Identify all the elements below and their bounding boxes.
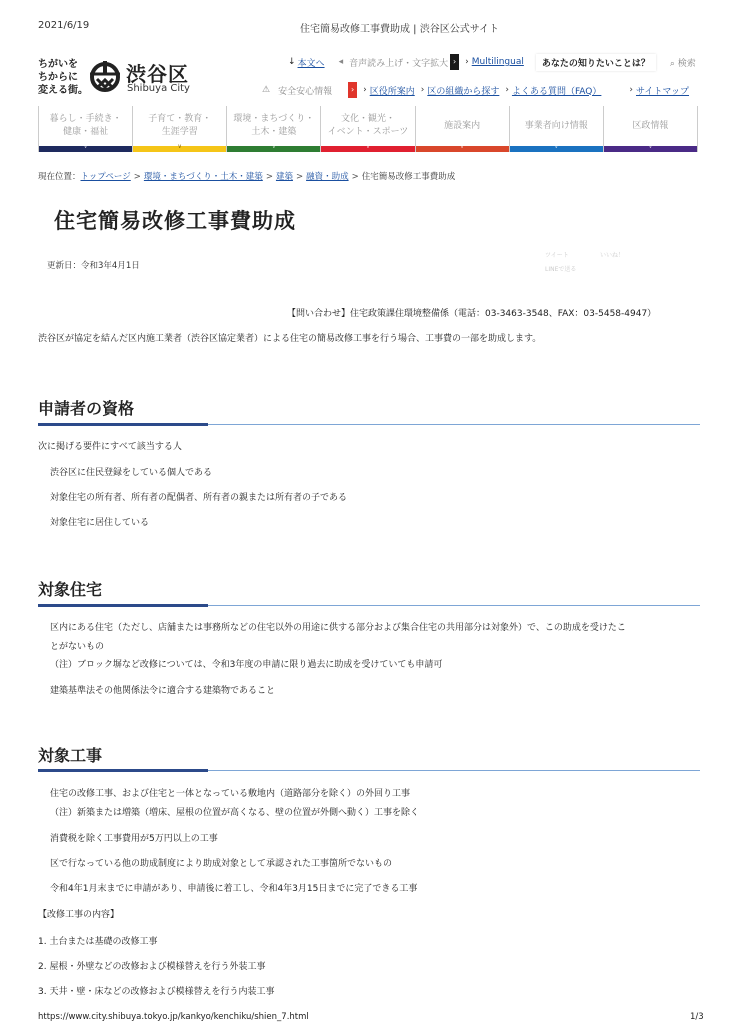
multilingual-link[interactable]: Multilingual: [472, 57, 524, 67]
sitemap-link[interactable]: サイトマップ: [636, 84, 689, 97]
line-share-button[interactable]: LINEで送る: [545, 264, 576, 273]
chevron-right-icon: ›: [465, 57, 469, 67]
speaker-icon: ◂: [339, 57, 344, 67]
city-office-link[interactable]: 区役所案内: [370, 84, 415, 97]
nav-color-bar: ∨: [39, 146, 132, 152]
utility-bar-top: ↓ 本文へ ◂ 音声読み上げ・文字拡大 › › Multilingual あなた…: [288, 53, 696, 71]
nav-color-bar: ∨: [321, 146, 414, 152]
nav-color-bar: ∨: [416, 146, 509, 152]
chevron-down-icon: ∨: [83, 140, 87, 153]
nav-item-environment[interactable]: 環境・まちづくり・ 土木・建築 ∨: [226, 106, 320, 152]
print-page-number: 1/3: [690, 1012, 704, 1022]
breadcrumb-link-top[interactable]: トップページ: [81, 172, 131, 182]
chevron-down-icon: ∨: [366, 140, 370, 153]
heading-rule: [38, 423, 700, 426]
chevron-down-icon: ∨: [648, 140, 652, 153]
safety-info-link[interactable]: 安全安心情報: [278, 84, 332, 97]
nav-color-bar: ∨: [604, 146, 697, 152]
skip-to-content-link[interactable]: 本文へ: [298, 56, 325, 69]
numbered-item: 1. 土台または基礎の改修工事: [38, 934, 157, 947]
speech-zoom-toggle[interactable]: ›: [450, 54, 459, 70]
faq-link[interactable]: よくある質問（FAQ）: [512, 84, 601, 97]
intro-text: 渋谷区が協定を結んだ区内施工業者（渋谷区協定業者）による住宅の簡易改修工事を行う…: [38, 331, 541, 344]
chevron-down-icon: ∨: [272, 140, 276, 153]
chevron-right-icon: ›: [363, 85, 367, 95]
section-heading-eligibility: 申請者の資格: [38, 396, 134, 419]
note-text: （注）ブロック塀など改修については、令和3年度の申請に限り過去に助成を受けていて…: [50, 657, 442, 670]
chevron-down-icon: ∨: [178, 140, 182, 153]
tweet-button[interactable]: ツイート: [545, 250, 569, 259]
list-item: 令和4年1月末までに申請があり、申請後に着工し、令和4年3月15日までに完了でき…: [50, 881, 417, 894]
speech-zoom-link[interactable]: 音声読み上げ・文字拡大: [349, 56, 448, 69]
arrow-down-icon: ↓: [288, 57, 296, 67]
list-item: 区で行なっている他の助成制度により助成対象として承認された工事箇所でないもの: [50, 856, 392, 869]
global-nav: 暮らし・手続き・ 健康・福祉 ∨ 子育て・教育・ 生涯学習 ∨ 環境・まちづくり…: [38, 106, 698, 152]
work-content-heading: 【改修工事の内容】: [38, 907, 119, 920]
heading-rule: [38, 604, 700, 607]
nav-color-bar: ∨: [510, 146, 603, 152]
breadcrumb: 現在位置：トップページ>環境・まちづくり・土木・建築>建築>融資・助成>住宅簡易…: [38, 170, 455, 182]
nav-item-childcare[interactable]: 子育て・教育・ 生涯学習 ∨: [132, 106, 226, 152]
chevron-right-icon: ›: [629, 85, 633, 95]
numbered-item: 2. 屋根・外壁などの改修および模様替えを行う外装工事: [38, 959, 265, 972]
print-date: 2021/6/19: [38, 20, 89, 31]
safety-info-toggle[interactable]: ›: [348, 82, 357, 98]
print-footer-url: https://www.city.shibuya.tokyo.jp/kankyo…: [38, 1012, 309, 1022]
list-item: 対象住宅に居住している: [50, 515, 149, 528]
logo-tagline: ちがいを ちからに 変える街。: [38, 58, 88, 97]
nav-item-government[interactable]: 区政情報 ∨: [603, 106, 698, 152]
like-button[interactable]: いいね！: [600, 250, 624, 259]
eligibility-lead: 次に掲げる要件にすべて該当する人: [38, 439, 182, 452]
nav-item-business[interactable]: 事業者向け情報 ∨: [509, 106, 603, 152]
list-item: 建築基準法その他関係法令に適合する建築物であること: [50, 683, 275, 696]
contact-info: 【問い合わせ】住宅政策課住環境整備係（電話：03-3463-3548、FAX：0…: [287, 306, 656, 319]
search-button[interactable]: ⌕ 検索: [670, 56, 696, 69]
list-item-continuation: とがないもの: [50, 639, 104, 652]
search-icon: ⌕: [670, 59, 675, 69]
chevron-down-icon: ∨: [460, 140, 464, 153]
breadcrumb-current: 住宅簡易改修工事費助成: [362, 172, 456, 182]
print-title: 住宅簡易改修工事費助成 | 渋谷区公式サイト: [300, 20, 499, 35]
org-search-link[interactable]: 区の組織から探す: [427, 84, 499, 97]
social-share: ツイート いいね！ LINEで送る: [545, 250, 675, 280]
chevron-down-icon: ∨: [554, 140, 558, 153]
chevron-right-icon: ›: [505, 85, 509, 95]
breadcrumb-link-architecture[interactable]: 建築: [276, 172, 293, 182]
updated-date: 更新日：令和3年4月1日: [47, 259, 140, 271]
note-text: （注）新築または増築（増床、屋根の位置が高くなる、壁の位置が外側へ動く）工事を除…: [50, 805, 419, 818]
nav-item-culture[interactable]: 文化・観光・ イベント・スポーツ ∨: [320, 106, 414, 152]
heading-rule: [38, 769, 700, 772]
print-header: 2021/6/19 住宅簡易改修工事費助成 | 渋谷区公式サイト: [0, 20, 730, 36]
warning-icon: ⚠: [262, 85, 270, 95]
list-item: 区内にある住宅（ただし、店舗または事務所などの住宅以外の用途に供する部分および集…: [50, 620, 626, 633]
nav-item-living[interactable]: 暮らし・手続き・ 健康・福祉 ∨: [38, 106, 132, 152]
list-item: 対象住宅の所有者、所有者の配偶者、所有者の親または所有者の子である: [50, 490, 347, 503]
list-item: 住宅の改修工事、および住宅と一体となっている敷地内（道路部分を除く）の外回り工事: [50, 786, 410, 799]
site-search-input[interactable]: あなたの知りたいことは？: [536, 54, 656, 71]
nav-item-facilities[interactable]: 施設案内 ∨: [415, 106, 509, 152]
page-title: 住宅簡易改修工事費助成: [54, 205, 296, 235]
section-heading-target-work: 対象工事: [38, 743, 102, 766]
site-logo[interactable]: ちがいを ちからに 変える街。 渋谷区 Shibuya City: [38, 58, 198, 100]
list-item: 渋谷区に住民登録をしている個人である: [50, 465, 212, 478]
shibuya-emblem-icon: [88, 60, 122, 94]
numbered-item: 3. 天井・壁・床などの改修および模様替えを行う内装工事: [38, 984, 274, 997]
logo-sub: Shibuya City: [127, 83, 190, 94]
nav-color-bar: ∨: [227, 146, 320, 152]
breadcrumb-link-environment[interactable]: 環境・まちづくり・土木・建築: [144, 172, 263, 182]
chevron-right-icon: ›: [421, 85, 425, 95]
utility-bar-bottom: ⚠ 安全安心情報 › › 区役所案内 › 区の組織から探す › よくある質問（F…: [262, 81, 689, 99]
list-item: 消費税を除く工事費用が5万円以上の工事: [50, 831, 218, 844]
section-heading-target-housing: 対象住宅: [38, 577, 102, 600]
breadcrumb-link-subsidy[interactable]: 融資・助成: [306, 172, 349, 182]
nav-color-bar: ∨: [133, 146, 226, 152]
